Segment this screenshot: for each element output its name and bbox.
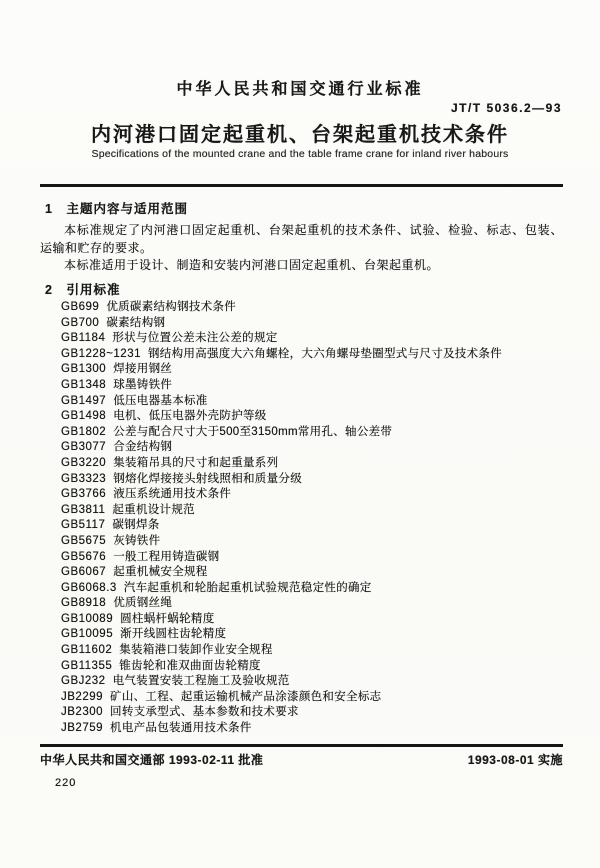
reference-item: GB1802公差与配合尺寸大于500至3150mm常用孔、轴公差带 (61, 425, 571, 441)
reference-code: GB11602 (61, 643, 112, 659)
reference-title: 优质钢丝绳 (113, 597, 172, 609)
reference-title: 起重机械安全规程 (113, 566, 207, 578)
reference-title: 集装箱吊具的尺寸和起重量系列 (113, 457, 278, 469)
reference-code: JB2300 (61, 705, 103, 721)
reference-item: JB2299矿山、工程、起重运输机械产品涂漆颜色和安全标志 (61, 690, 571, 706)
reference-item: GB6068.3汽车起重机和轮胎起重机试验规范稳定性的确定 (61, 581, 571, 597)
reference-code: GB699 (61, 300, 99, 316)
reference-title: 球墨铸铁件 (113, 379, 172, 391)
section-1-heading: 1 主题内容与适用范围 (45, 199, 188, 217)
reference-code: GB1184 (61, 331, 105, 347)
reference-title: 优质碳素结构钢技术条件 (106, 301, 236, 313)
reference-code: GB700 (61, 316, 99, 332)
scope-paragraph-1: 本标准规定了内河港口固定起重机、台架起重机的技术条件、试验、检验、标志、包装、运… (40, 222, 563, 257)
reference-title: 电气装置安装工程施工及验收规范 (113, 675, 290, 687)
reference-item: GB8918优质钢丝绳 (61, 596, 571, 612)
reference-title: 钢熔化焊接接头射线照相和质量分级 (113, 473, 302, 485)
section-1-body: 本标准规定了内河港口固定起重机、台架起重机的技术条件、试验、检验、标志、包装、运… (40, 222, 563, 275)
reference-title: 灰铸铁件 (113, 535, 160, 547)
reference-code: JB2299 (61, 690, 103, 706)
scope-paragraph-2: 本标准适用于设计、制造和安装内河港口固定起重机、台架起重机。 (40, 257, 563, 275)
reference-code: GB5675 (61, 534, 106, 550)
standard-document-page: 中华人民共和国交通行业标准 JT/T 5036.2—93 内河港口固定起重机、台… (0, 0, 600, 868)
reference-item: GB5117碳钢焊条 (61, 518, 571, 534)
reference-title: 焊接用钢丝 (113, 363, 172, 375)
standard-type-heading: 中华人民共和国交通行业标准 (0, 76, 600, 99)
reference-title: 液压系统通用技术条件 (113, 488, 231, 500)
reference-code: GB3811 (61, 503, 105, 519)
reference-item: GB700碳素结构钢 (61, 316, 571, 332)
reference-code: GB3077 (61, 440, 106, 456)
reference-item: GB10089圆柱蜗杆蜗轮精度 (61, 612, 571, 628)
document-title-english: Specifications of the mounted crane and … (0, 148, 600, 160)
reference-code: GB1498 (61, 409, 106, 425)
approval-note: 中华人民共和国交通部 1993-02-11 批准 (40, 751, 263, 768)
reference-item: JB2759机电产品包装通用技术条件 (61, 721, 571, 737)
reference-item: GB3220集装箱吊具的尺寸和起重量系列 (61, 456, 571, 472)
reference-code: GB5676 (61, 550, 106, 566)
reference-code: GB1300 (61, 362, 106, 378)
reference-title: 渐开线圆柱齿轮精度 (120, 628, 226, 640)
reference-title: 锥齿轮和准双曲面齿轮精度 (119, 660, 261, 672)
reference-title: 碳素结构钢 (106, 317, 165, 329)
reference-item: GB3811起重机设计规范 (61, 503, 571, 519)
reference-title: 回转支承型式、基本参数和技术要求 (110, 706, 299, 718)
reference-title: 集装箱港口装卸作业安全规程 (119, 644, 272, 656)
reference-item: GBJ232电气装置安装工程施工及验收规范 (61, 674, 571, 690)
reference-title: 圆柱蜗杆蜗轮精度 (120, 613, 214, 625)
reference-item: JB2300回转支承型式、基本参数和技术要求 (61, 705, 571, 721)
reference-item: GB1184形状与位置公差未注公差的规定 (61, 331, 571, 347)
document-number: JT/T 5036.2—93 (451, 101, 562, 115)
implementation-note: 1993-08-01 实施 (468, 751, 563, 768)
page-number: 220 (55, 777, 76, 789)
reference-item: GB1228~1231钢结构用高强度大六角螺栓，大六角螺母垫圈型式与尺寸及技术条… (61, 347, 571, 363)
reference-title: 合金结构钢 (113, 441, 172, 453)
reference-code: GB3220 (61, 456, 106, 472)
reference-code: GB8918 (61, 596, 106, 612)
reference-code: JB2759 (61, 721, 103, 737)
reference-code: GB1802 (61, 425, 106, 441)
reference-title: 矿山、工程、起重运输机械产品涂漆颜色和安全标志 (110, 691, 381, 703)
reference-title: 碳钢焊条 (112, 519, 159, 531)
reference-item: GB11602集装箱港口装卸作业安全规程 (61, 643, 571, 659)
reference-item: GB3077合金结构钢 (61, 440, 571, 456)
reference-title: 公差与配合尺寸大于500至3150mm常用孔、轴公差带 (113, 426, 392, 438)
reference-item: GB1348球墨铸铁件 (61, 378, 571, 394)
reference-title: 电机、低压电器外壳防护等级 (113, 410, 266, 422)
reference-code: GB1497 (61, 394, 106, 410)
footer: 中华人民共和国交通部 1993-02-11 批准 1993-08-01 实施 (40, 751, 563, 768)
reference-item: GB5676一般工程用铸造碳钢 (61, 550, 571, 566)
document-title-chinese: 内河港口固定起重机、台架起重机技术条件 (0, 118, 600, 147)
reference-code: GB1348 (61, 378, 106, 394)
reference-item: GB3323钢熔化焊接接头射线照相和质量分级 (61, 472, 571, 488)
reference-code: GB11355 (61, 659, 112, 675)
reference-code: GB10089 (61, 612, 113, 628)
reference-code: GB3766 (61, 487, 106, 503)
reference-code: GBJ232 (61, 674, 106, 690)
reference-title: 起重机设计规范 (112, 504, 195, 516)
reference-item: GB3766液压系统通用技术条件 (61, 487, 571, 503)
reference-title: 机电产品包装通用技术条件 (110, 722, 252, 734)
section-2-heading: 2 引用标准 (45, 280, 120, 298)
reference-code: GB10095 (61, 627, 113, 643)
reference-title: 钢结构用高强度大六角螺栓，大六角螺母垫圈型式与尺寸及技术条件 (148, 348, 502, 360)
reference-item: GB5675灰铸铁件 (61, 534, 571, 550)
reference-code: GB5117 (61, 518, 105, 534)
reference-code: GB6068.3 (61, 581, 117, 597)
reference-title: 一般工程用铸造碳钢 (113, 551, 219, 563)
header-divider-rule (40, 184, 563, 187)
reference-list: GB699优质碳素结构钢技术条件GB700碳素结构钢GB1184形状与位置公差未… (61, 300, 571, 737)
footer-divider-rule (40, 744, 563, 747)
reference-item: GB11355锥齿轮和准双曲面齿轮精度 (61, 659, 571, 675)
reference-item: GB699优质碳素结构钢技术条件 (61, 300, 571, 316)
reference-code: GB1228~1231 (61, 347, 141, 363)
reference-title: 形状与位置公差未注公差的规定 (112, 332, 277, 344)
reference-code: GB3323 (61, 472, 106, 488)
reference-item: GB1498电机、低压电器外壳防护等级 (61, 409, 571, 425)
reference-item: GB1497低压电器基本标准 (61, 394, 571, 410)
reference-item: GB10095渐开线圆柱齿轮精度 (61, 627, 571, 643)
reference-title: 低压电器基本标准 (113, 395, 207, 407)
reference-item: GB1300焊接用钢丝 (61, 362, 571, 378)
reference-item: GB6067起重机械安全规程 (61, 565, 571, 581)
reference-title: 汽车起重机和轮胎起重机试验规范稳定性的确定 (124, 582, 372, 594)
reference-code: GB6067 (61, 565, 106, 581)
